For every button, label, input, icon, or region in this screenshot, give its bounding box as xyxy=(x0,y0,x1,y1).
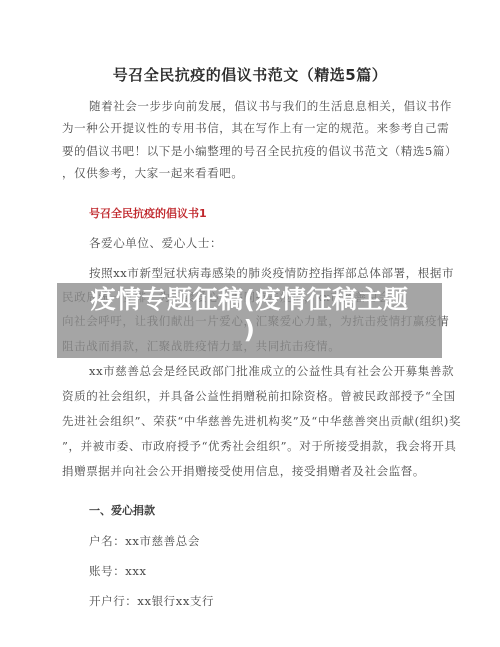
intro-line-2: 为一种公开提议性的专用书信，其在写作上有一定的规范。来参考自己需 xyxy=(62,120,442,136)
section-heading-1: 号召全民抗疫的倡议书1 xyxy=(89,205,207,221)
para2-line-2: 资质的社会组织，并具备公益性捐赠税前扣除资格。曾被民政部授予“全国 xyxy=(62,388,442,404)
account-name: 户名：xx市慈善总会 xyxy=(89,533,469,549)
para2-line-1: xx市慈善总会是经民政部门批准成立的公益性具有社会公开募集善款 xyxy=(89,363,469,379)
para2-line-5: 捐赠票据并向社会公开捐赠接受使用信息，接受捐赠者及社会监督。 xyxy=(62,463,442,479)
subsection-heading: 一、爱心捐款 xyxy=(89,502,155,518)
account-number: 账号：xxx xyxy=(89,563,469,579)
salutation: 各爱心单位、爱心人士： xyxy=(89,235,469,251)
intro-line-1: 随着社会一步步向前发展，倡议书与我们的生活息息相关，倡议书作 xyxy=(89,98,469,114)
para1-line-1: 按照xx市新型冠状病毒感染的肺炎疫情防控指挥部总体部署，根据市 xyxy=(89,265,469,281)
document-page: 号召全民抗疫的倡议书范文（精选5篇） 随着社会一步步向前发展，倡议书与我们的生活… xyxy=(0,0,500,647)
intro-line-3: 要的倡议书吧！以下是小编整理的号召全民抗疫的倡议书范文（精选5篇） xyxy=(62,143,442,159)
watermark-line-2: ) xyxy=(57,315,442,345)
watermark-text: 疫情专题征稿(疫情征稿主题 ) xyxy=(57,285,442,345)
bank-branch: 开户行：xx银行xx支行 xyxy=(89,593,469,609)
watermark-line-1: 疫情专题征稿(疫情征稿主题 xyxy=(57,285,442,315)
document-title: 号召全民抗疫的倡议书范文（精选5篇） xyxy=(0,64,500,85)
para2-line-3: 先进社会组织”、荣获“中华慈善先进机构奖”及“中华慈善突出贡献(组织)奖 xyxy=(62,413,442,429)
para2-line-4: ”，并被市委、市政府授予“优秀社会组织”。对于所接受捐款，我会将开具 xyxy=(62,438,442,454)
intro-line-4: ，仅供参考，大家一起来看看吧。 xyxy=(62,165,442,181)
